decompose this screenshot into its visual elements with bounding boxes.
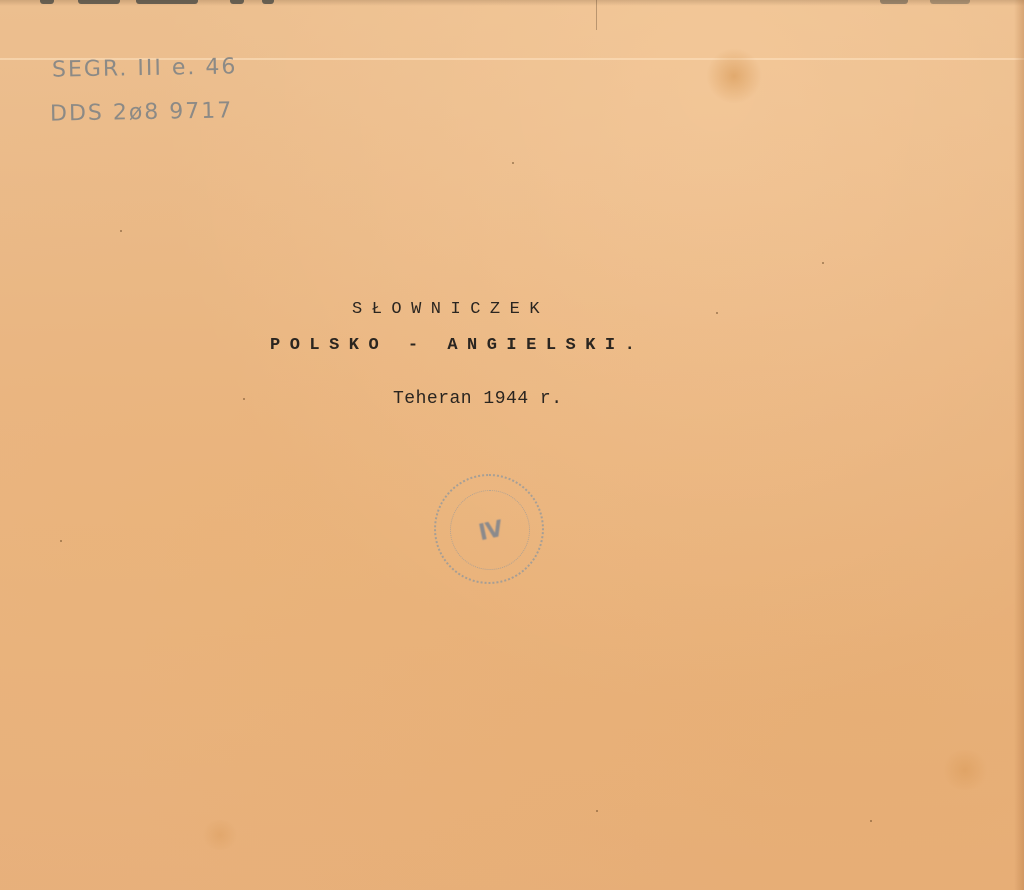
edge-wear-mark bbox=[262, 0, 274, 4]
pencil-shelf-number: DDS 2ø8 9717 bbox=[50, 98, 234, 126]
title-line-2: POLSKO - ANGIELSKI. bbox=[270, 336, 644, 355]
paper-speck bbox=[716, 312, 718, 314]
right-edge-shadow bbox=[1014, 0, 1024, 890]
library-stamp-icon: Ⅳ bbox=[434, 474, 544, 584]
paper-stain bbox=[200, 820, 240, 850]
edge-wear-mark bbox=[930, 0, 970, 4]
paper-speck bbox=[243, 398, 245, 400]
paper-speck bbox=[512, 162, 514, 164]
paper-stain bbox=[706, 48, 762, 104]
stamp-mark: Ⅳ bbox=[459, 499, 523, 563]
document-page: SEGR. III e. 46 DDS 2ø8 9717 SŁOWNICZEK … bbox=[0, 0, 1024, 890]
crease-mark bbox=[596, 0, 597, 30]
paper-speck bbox=[60, 540, 62, 542]
pencil-catalogue-note: SEGR. III e. 46 bbox=[52, 54, 238, 82]
title-line-1: SŁOWNICZEK bbox=[352, 300, 549, 319]
place-date-line: Teheran 1944 r. bbox=[393, 389, 563, 409]
paper-speck bbox=[870, 820, 872, 822]
paper-speck bbox=[596, 810, 598, 812]
edge-wear-mark bbox=[136, 0, 198, 4]
edge-wear-mark bbox=[40, 0, 54, 4]
edge-wear-mark bbox=[880, 0, 908, 4]
paper-stain bbox=[940, 750, 990, 790]
paper-speck bbox=[120, 230, 122, 232]
paper-speck bbox=[822, 262, 824, 264]
edge-wear-mark bbox=[230, 0, 244, 4]
edge-wear-mark bbox=[78, 0, 120, 4]
